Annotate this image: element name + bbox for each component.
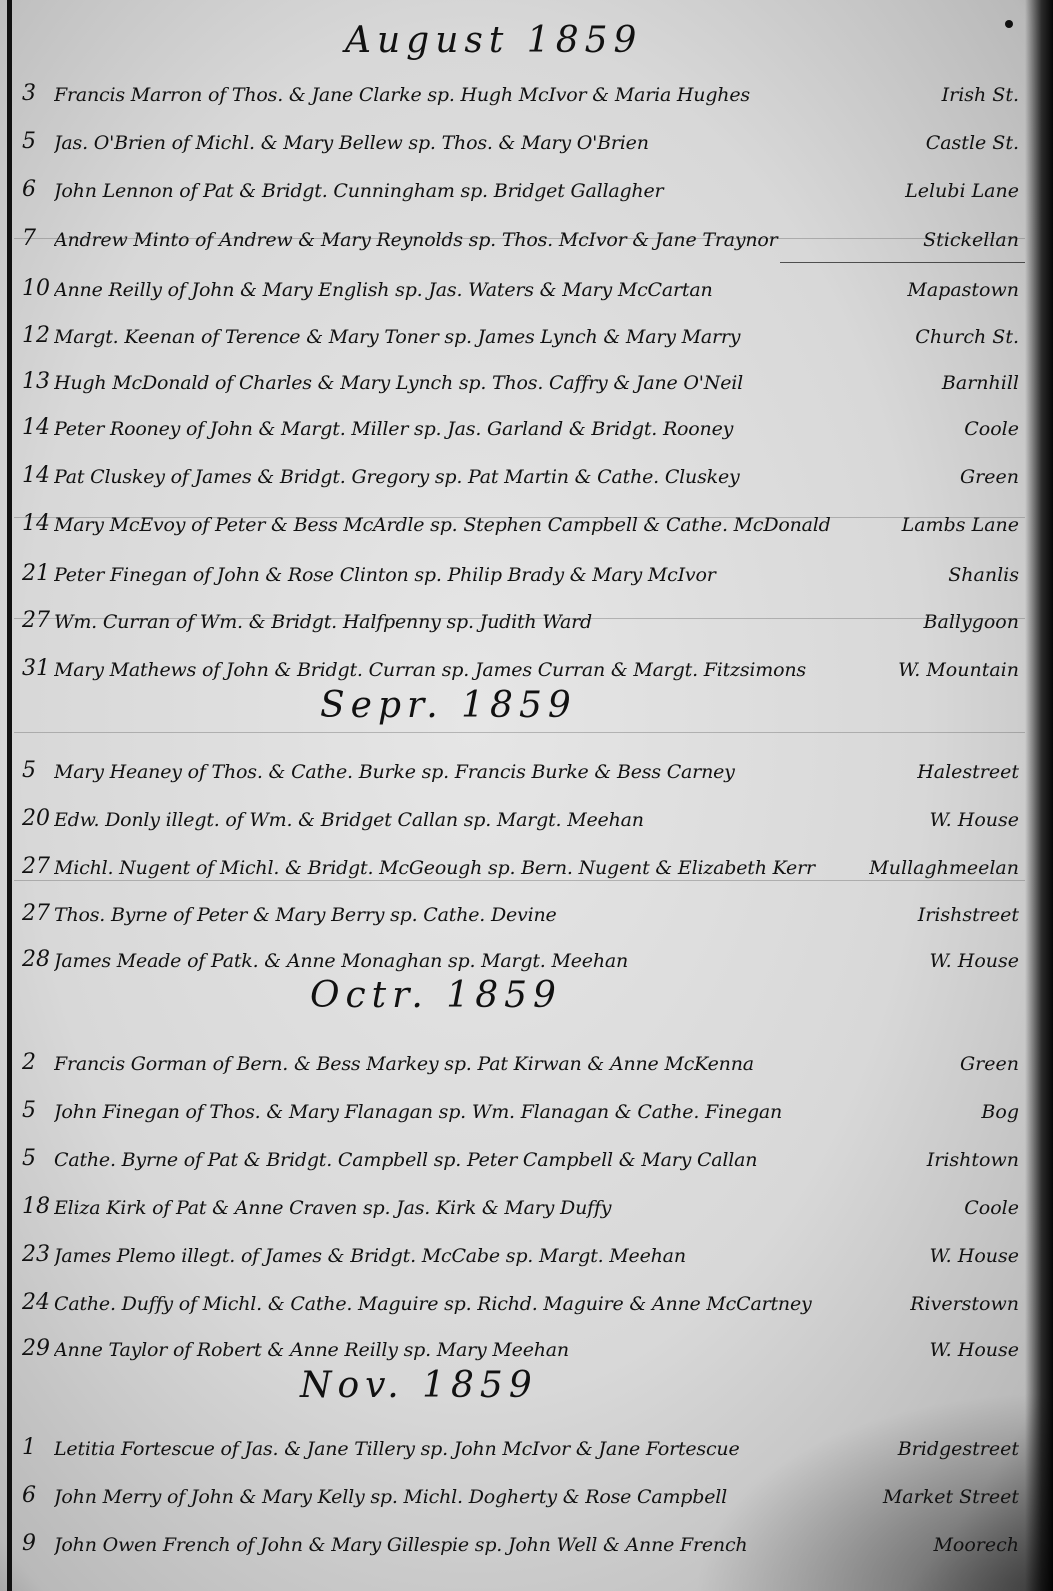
entry-day: 14 [22,511,54,536]
entry-record: Eliza Kirk of Pat & Anne Craven sp. Jas.… [54,1197,869,1219]
entry-record: Thos. Byrne of Peter & Mary Berry sp. Ca… [54,904,869,926]
entry-day: 5 [22,1098,54,1123]
entry-record: Mary Heaney of Thos. & Cathe. Burke sp. … [54,761,869,783]
entry-residence: W. House [869,809,1023,831]
entry-record: Mary Mathews of John & Bridgt. Curran sp… [54,659,869,681]
page-edge-shadow [1025,0,1053,1591]
entry-residence: Green [869,1053,1023,1075]
entry-record: Mary McEvoy of Peter & Bess McArdle sp. … [54,514,869,536]
entry-day: 12 [22,323,54,348]
entry-day: 2 [22,1050,54,1075]
entry-residence: Halestreet [869,761,1023,783]
entry-record: Peter Rooney of John & Margt. Miller sp.… [54,418,869,440]
entry-day: 27 [22,901,54,926]
entry-record: Cathe. Byrne of Pat & Bridgt. Campbell s… [54,1149,869,1171]
entry-residence: Ballygoon [869,611,1023,633]
register-page: August 1859 3 Francis Marron of Thos. & … [0,0,1053,1591]
entry-day: 3 [22,81,54,106]
entry-day: 14 [22,415,54,440]
entry-residence: W. House [869,1339,1023,1361]
entry-day: 6 [22,1483,54,1508]
entry-residence: Bog [869,1101,1023,1123]
entry-day: 31 [22,656,54,681]
entry-residence: Market Street [869,1486,1023,1508]
register-entry: 1 Letitia Fortescue of Jas. & Jane Tille… [22,1422,1023,1460]
entry-day: 5 [22,129,54,154]
entry-residence: Barnhill [869,372,1023,394]
entry-record: James Meade of Patk. & Anne Monaghan sp.… [54,950,869,972]
ruled-line [14,732,1025,733]
month-heading: August 1859 [345,20,642,61]
entry-day: 23 [22,1242,54,1267]
entry-residence: Lelubi Lane [869,180,1023,202]
entry-record: Wm. Curran of Wm. & Bridgt. Halfpenny sp… [54,611,869,633]
entry-residence: Lambs Lane [869,514,1023,536]
entry-day: 24 [22,1290,54,1315]
entry-day: 13 [22,369,54,394]
binding-hole [1005,20,1013,28]
entry-residence: W. Mountain [869,659,1023,681]
month-heading: Octr. 1859 [310,975,562,1016]
register-entry: 31 Mary Mathews of John & Bridgt. Curran… [22,643,1023,681]
entry-record: Letitia Fortescue of Jas. & Jane Tillery… [54,1438,869,1460]
entry-residence: W. House [869,1245,1023,1267]
entry-record: Michl. Nugent of Michl. & Bridgt. McGeou… [54,857,869,879]
entry-record: John Lennon of Pat & Bridgt. Cunningham … [54,180,869,202]
entry-record: Edw. Donly illegt. of Wm. & Bridget Call… [54,809,869,831]
register-entry: 27 Michl. Nugent of Michl. & Bridgt. McG… [22,841,1023,879]
register-entry: 20 Edw. Donly illegt. of Wm. & Bridget C… [22,793,1023,831]
entry-residence: Castle St. [869,132,1023,154]
entry-record: Peter Finegan of John & Rose Clinton sp.… [54,564,869,586]
entry-residence: Stickellan [869,229,1023,251]
entry-day: 20 [22,806,54,831]
entry-day: 7 [22,226,54,251]
register-entry: 12 Margt. Keenan of Terence & Mary Toner… [22,310,1023,348]
entry-record: Anne Reilly of John & Mary English sp. J… [54,279,869,301]
entry-residence: W. House [869,950,1023,972]
register-entry: 14 Pat Cluskey of James & Bridgt. Gregor… [22,450,1023,488]
register-entry: 13 Hugh McDonald of Charles & Mary Lynch… [22,356,1023,394]
register-entry: 14 Peter Rooney of John & Margt. Miller … [22,402,1023,440]
entry-record: Hugh McDonald of Charles & Mary Lynch sp… [54,372,869,394]
entry-record: John Finegan of Thos. & Mary Flanagan sp… [54,1101,869,1123]
entry-record: John Merry of John & Mary Kelly sp. Mich… [54,1486,869,1508]
entry-residence: Irishtown [869,1149,1023,1171]
entry-day: 29 [22,1336,54,1361]
entry-day: 14 [22,463,54,488]
register-entry: 18 Eliza Kirk of Pat & Anne Craven sp. J… [22,1181,1023,1219]
entry-residence: Moorech [869,1534,1023,1556]
entry-day: 5 [22,1146,54,1171]
month-heading: Sepr. 1859 [320,685,577,726]
left-margin-line [7,0,12,1591]
register-entry: 5 Jas. O'Brien of Michl. & Mary Bellew s… [22,116,1023,154]
entry-day: 27 [22,854,54,879]
register-entry: 23 James Plemo illegt. of James & Bridgt… [22,1229,1023,1267]
entry-record: Anne Taylor of Robert & Anne Reilly sp. … [54,1339,869,1361]
entry-record: James Plemo illegt. of James & Bridgt. M… [54,1245,869,1267]
register-entry: 10 Anne Reilly of John & Mary English sp… [22,263,1023,301]
entry-record: Francis Gorman of Bern. & Bess Markey sp… [54,1053,869,1075]
register-entry: 24 Cathe. Duffy of Michl. & Cathe. Magui… [22,1277,1023,1315]
register-entry: 6 John Merry of John & Mary Kelly sp. Mi… [22,1470,1023,1508]
register-entry: 7 Andrew Minto of Andrew & Mary Reynolds… [22,213,1023,251]
register-entry: 5 Cathe. Byrne of Pat & Bridgt. Campbell… [22,1133,1023,1171]
ruled-line [14,880,1025,881]
entry-day: 21 [22,561,54,586]
entry-day: 27 [22,608,54,633]
entry-residence: Coole [869,418,1023,440]
entry-day: 9 [22,1531,54,1556]
entry-record: Jas. O'Brien of Michl. & Mary Bellew sp.… [54,132,869,154]
entry-residence: Mapastown [869,279,1023,301]
register-entry: 5 John Finegan of Thos. & Mary Flanagan … [22,1085,1023,1123]
entry-day: 1 [22,1435,54,1460]
entry-record: Francis Marron of Thos. & Jane Clarke sp… [54,84,869,106]
register-entry: 2 Francis Gorman of Bern. & Bess Markey … [22,1037,1023,1075]
entry-residence: Irishstreet [869,904,1023,926]
register-entry: 3 Francis Marron of Thos. & Jane Clarke … [22,68,1023,106]
entry-residence: Green [869,466,1023,488]
register-entry: 9 John Owen French of John & Mary Gilles… [22,1518,1023,1556]
register-entry: 21 Peter Finegan of John & Rose Clinton … [22,548,1023,586]
register-entry: 29 Anne Taylor of Robert & Anne Reilly s… [22,1323,1023,1361]
entry-day: 5 [22,758,54,783]
entry-day: 18 [22,1194,54,1219]
entry-residence: Bridgestreet [869,1438,1023,1460]
entry-residence: Church St. [869,326,1023,348]
register-entry: 14 Mary McEvoy of Peter & Bess McArdle s… [22,498,1023,536]
register-entry: 27 Wm. Curran of Wm. & Bridgt. Halfpenny… [22,595,1023,633]
entry-residence: Irish St. [869,84,1023,106]
entry-residence: Shanlis [869,564,1023,586]
entry-record: Cathe. Duffy of Michl. & Cathe. Maguire … [54,1293,869,1315]
entry-record: Pat Cluskey of James & Bridgt. Gregory s… [54,466,869,488]
register-entry: 27 Thos. Byrne of Peter & Mary Berry sp.… [22,888,1023,926]
entry-record: John Owen French of John & Mary Gillespi… [54,1534,869,1556]
entry-residence: Coole [869,1197,1023,1219]
entry-record: Andrew Minto of Andrew & Mary Reynolds s… [54,229,869,251]
month-heading: Nov. 1859 [300,1365,538,1406]
entry-day: 28 [22,947,54,972]
entry-day: 6 [22,177,54,202]
entry-residence: Riverstown [869,1293,1023,1315]
register-entry: 28 James Meade of Patk. & Anne Monaghan … [22,934,1023,972]
register-entry: 5 Mary Heaney of Thos. & Cathe. Burke sp… [22,745,1023,783]
entry-day: 10 [22,276,54,301]
register-entry: 6 John Lennon of Pat & Bridgt. Cunningha… [22,164,1023,202]
entry-residence: Mullaghmeelan [869,857,1023,879]
entry-record: Margt. Keenan of Terence & Mary Toner sp… [54,326,869,348]
